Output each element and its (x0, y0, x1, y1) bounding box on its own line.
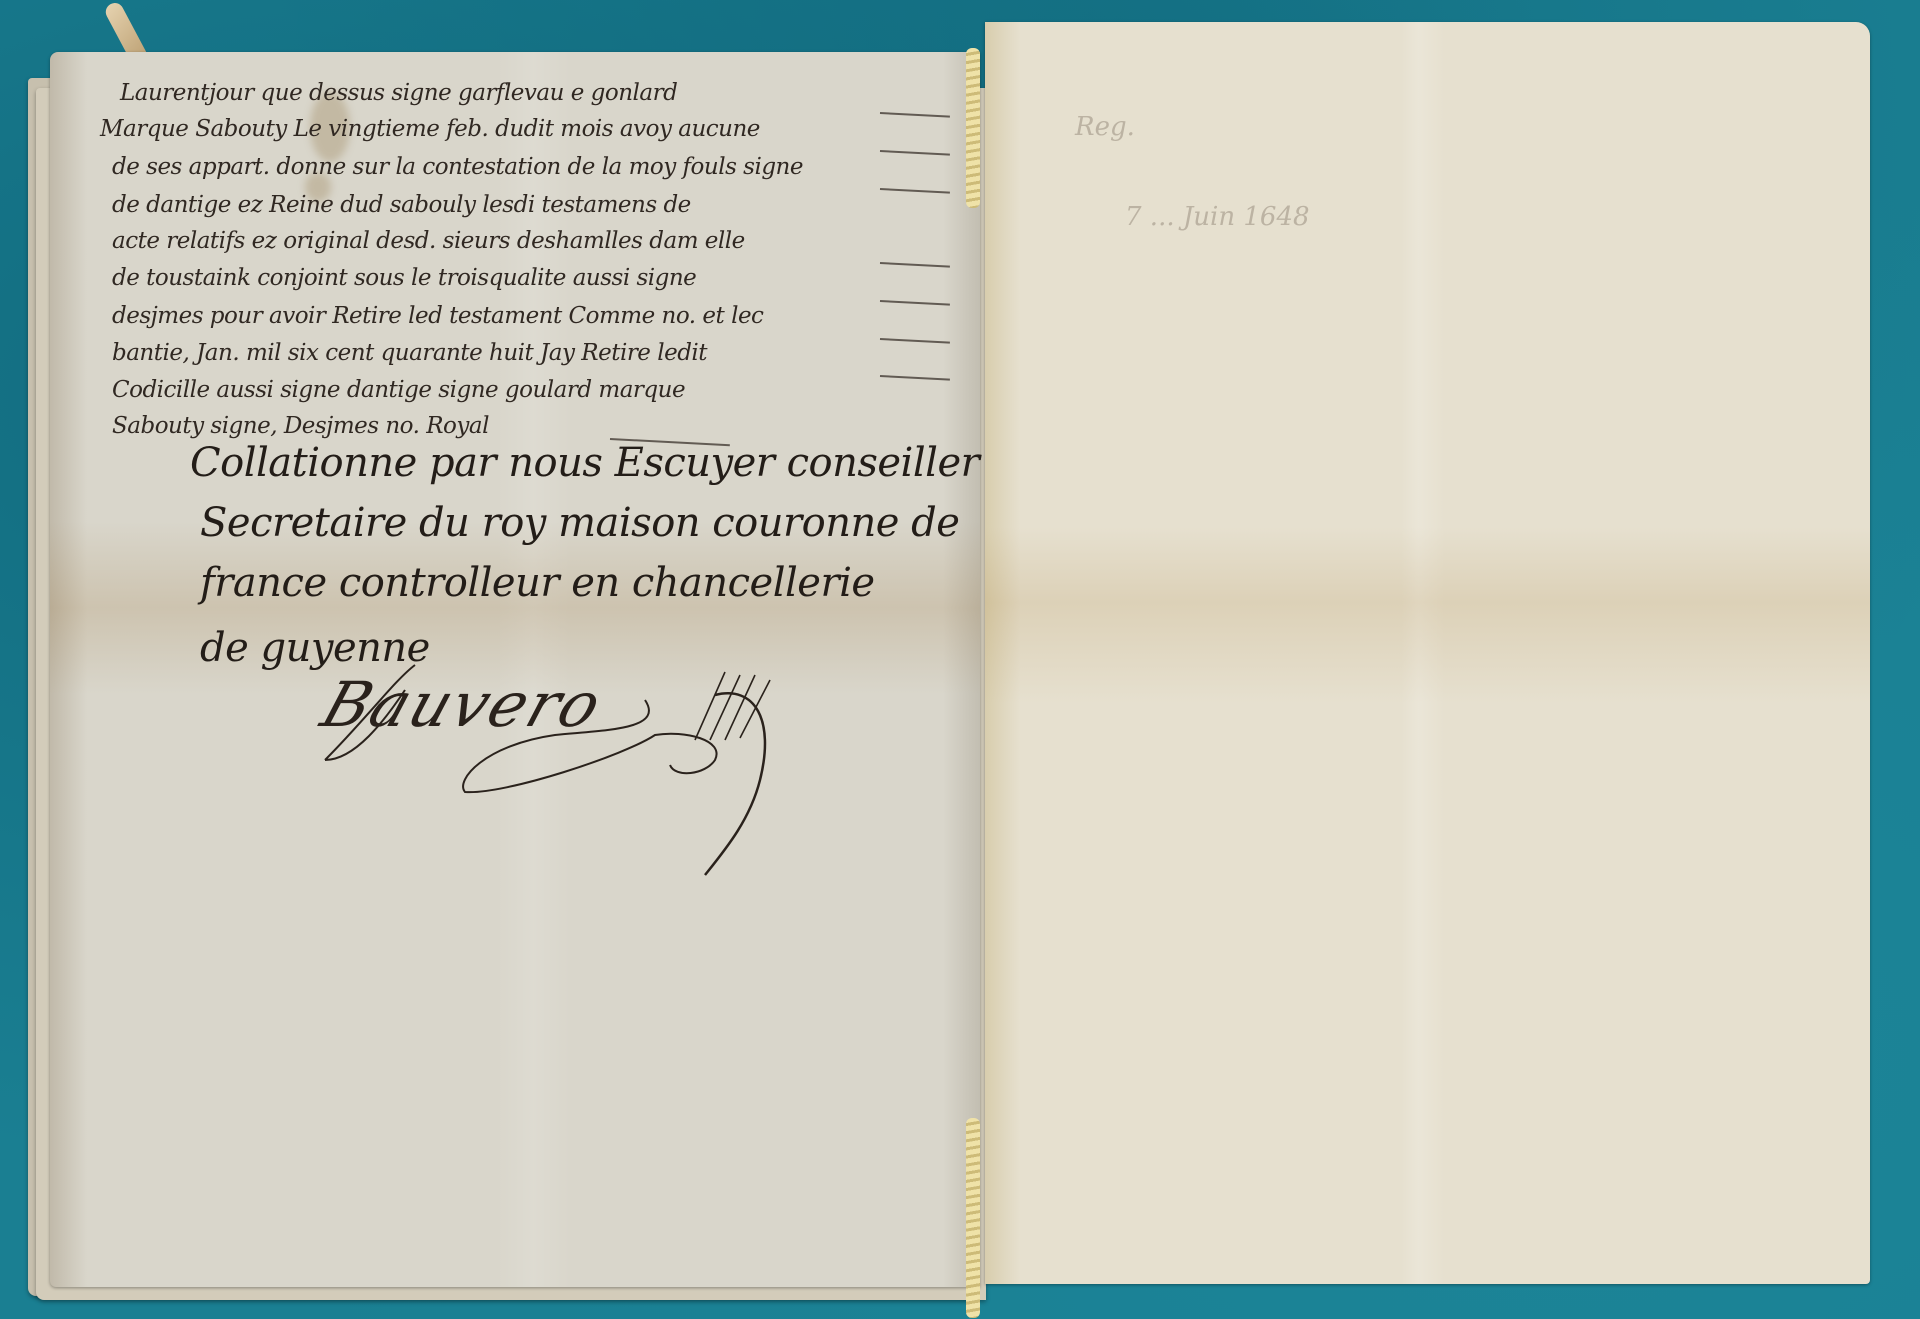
manuscript-line: Marque Sabouty Le vingtieme feb. dudit m… (100, 116, 760, 142)
manuscript-line: Sabouty signe, Desjmes no. Royal (112, 413, 489, 439)
manuscript-line: bantie, Jan. mil six cent quarante huit … (112, 340, 707, 366)
signature: Bauvero (305, 660, 865, 890)
manuscript-line: Codicille aussi signe dantige signe goul… (112, 377, 685, 403)
signature-paraph-icon (305, 660, 865, 890)
right-page: Reg. 7 ... Juin 1648 (985, 22, 1870, 1284)
manuscript-line: desjmes pour avoir Retire led testament … (112, 303, 763, 329)
binding-thread-bottom (966, 1118, 980, 1318)
manuscript-line: de dantige ez Reine dud sabouly lesdi te… (112, 192, 691, 218)
binding-thread-top (966, 48, 980, 208)
bleed-through-text: 7 ... Juin 1648 (1125, 202, 1310, 232)
manuscript-line: de ses appart. donne sur la contestation… (112, 154, 803, 180)
collation-line: Secretaire du roy maison couronne de (200, 500, 959, 546)
collation-line: Collationne par nous Escuyer conseiller (190, 440, 979, 486)
manuscript-line: de toustaink conjoint sous le troisquali… (112, 265, 696, 291)
collation-line: france controlleur en chancellerie (200, 560, 875, 606)
bleed-through-text: Reg. (1075, 112, 1135, 142)
manuscript-line: Laurentjour que dessus signe garflevau e… (120, 80, 677, 106)
manuscript-line: acte relatifs ez original desd. sieurs d… (112, 228, 745, 254)
